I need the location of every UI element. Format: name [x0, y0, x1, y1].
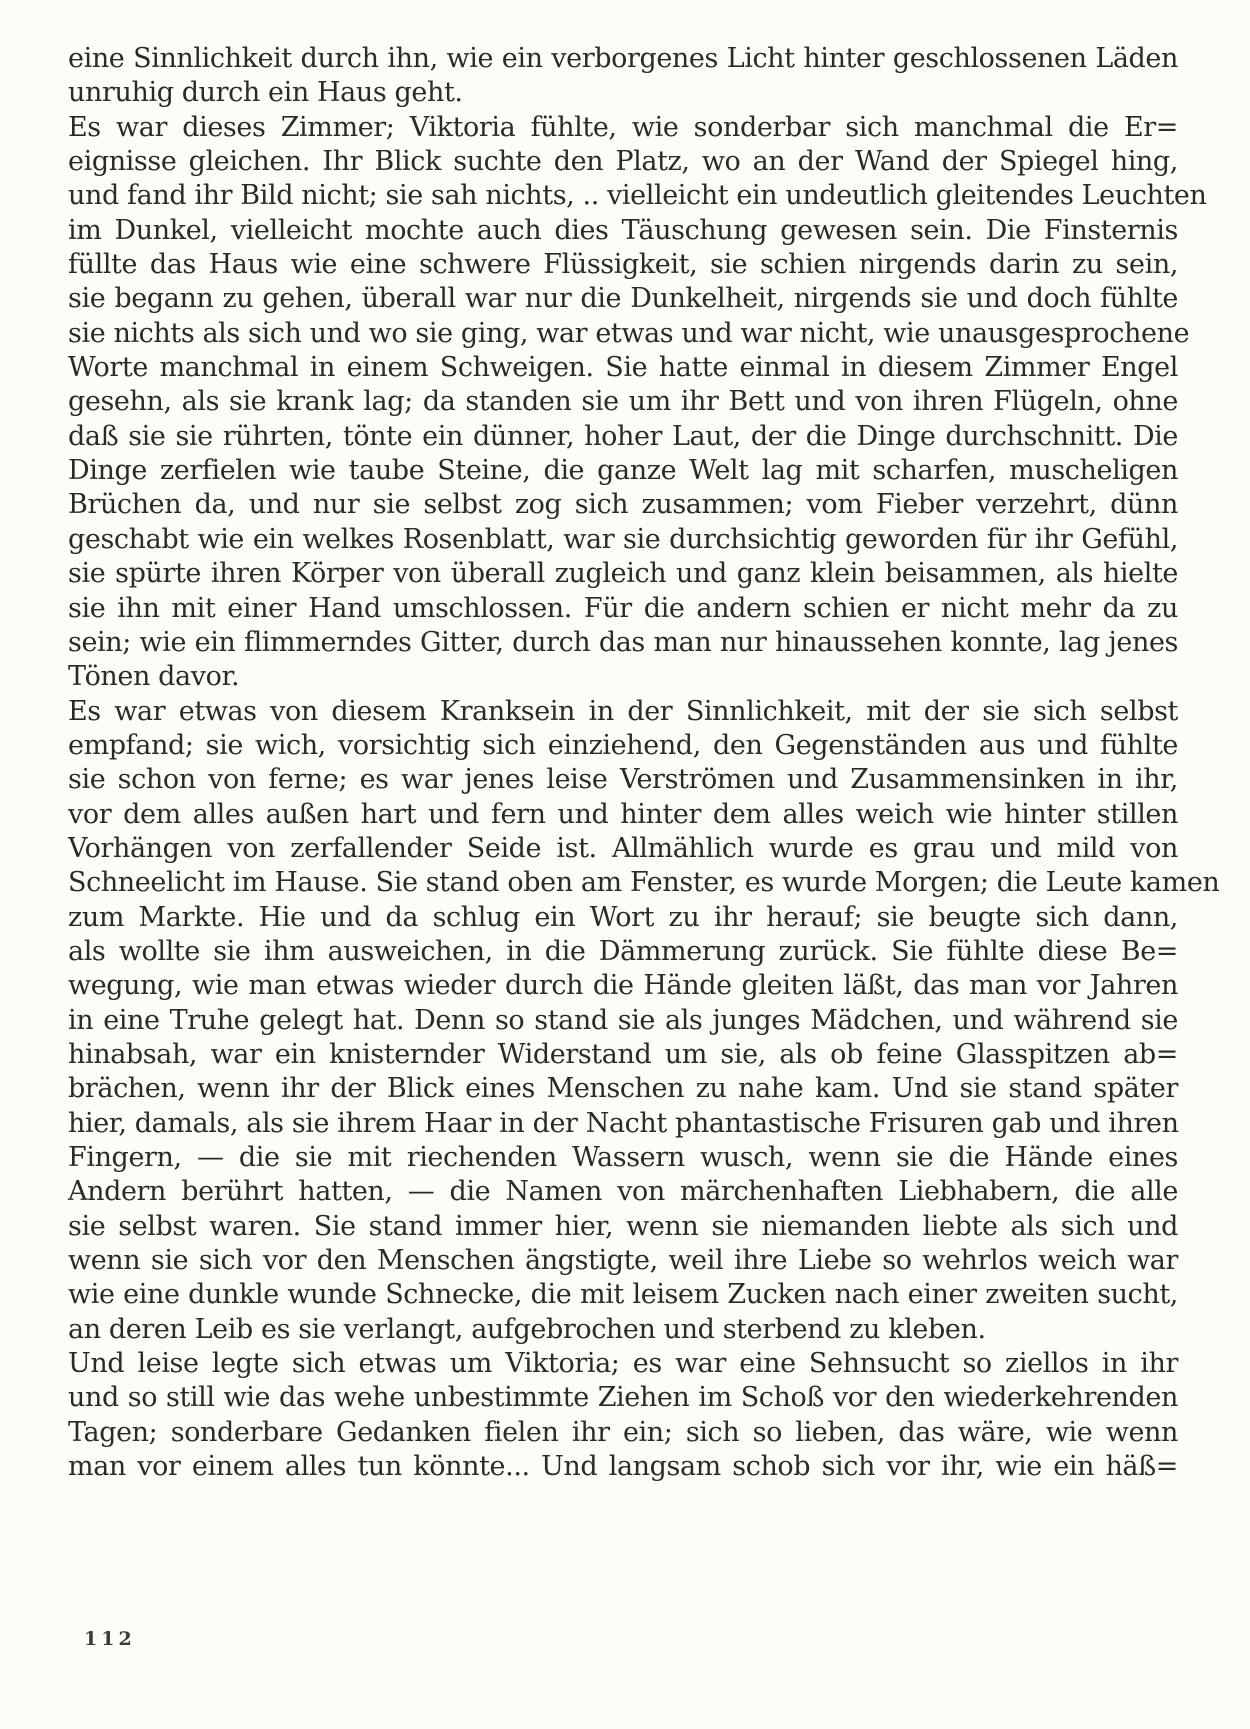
text-line: füllte das Haus wie eine schwere Flüssig…: [68, 248, 1178, 282]
text-line: man vor einem alles tun könnte... Und la…: [68, 1450, 1178, 1484]
text-line: Es war dieses Zimmer; Viktoria fühlte, w…: [68, 111, 1178, 145]
text-line: im Dunkel, vielleicht mochte auch dies T…: [68, 214, 1178, 248]
text-line: Und leise legte sich etwas um Viktoria; …: [68, 1347, 1178, 1381]
paragraph: Es war etwas von diesem Kranksein in der…: [68, 695, 1178, 1348]
text-line: sie schon von ferne; es war jenes leise …: [68, 763, 1178, 797]
text-line: sein; wie ein flimmerndes Gitter, durch …: [68, 626, 1178, 660]
text-line: als wollte sie ihm ausweichen, in die Dä…: [68, 935, 1178, 969]
text-line: empfand; sie wich, vorsichtig sich einzi…: [68, 729, 1178, 763]
text-line: wenn sie sich vor den Menschen ängstigte…: [68, 1244, 1178, 1278]
text-line: Dinge zerfielen wie taube Steine, die ga…: [68, 454, 1178, 488]
text-line: und so still wie das wehe unbestimmte Zi…: [68, 1381, 1178, 1415]
paragraph: eine Sinnlichkeit durch ihn, wie ein ver…: [68, 42, 1178, 111]
text-line: daß sie sie rührten, tönte ein dünner, h…: [68, 420, 1178, 454]
text-line: wie eine dunkle wunde Schnecke, die mit …: [68, 1278, 1178, 1312]
text-line: wegung, wie man etwas wieder durch die H…: [68, 969, 1178, 1003]
text-line: geschabt wie ein welkes Rosenblatt, war …: [68, 523, 1178, 557]
text-line: Vorhängen von zerfallender Seide ist. Al…: [68, 832, 1178, 866]
text-line: eignisse gleichen. Ihr Blick suchte den …: [68, 145, 1178, 179]
text-line: hinabsah, war ein knisternder Widerstand…: [68, 1038, 1178, 1072]
text-line: zum Markte. Hie und da schlug ein Wort z…: [68, 901, 1178, 935]
text-line: an deren Leib es sie verlangt, aufgebroc…: [68, 1313, 1178, 1347]
text-line: sie selbst waren. Sie stand immer hier, …: [68, 1210, 1178, 1244]
paragraph: Und leise legte sich etwas um Viktoria; …: [68, 1347, 1178, 1484]
text-line: Fingern, — die sie mit riechenden Wasser…: [68, 1141, 1178, 1175]
text-line: Tagen; sonderbare Gedanken fielen ihr ei…: [68, 1416, 1178, 1450]
body-text: eine Sinnlichkeit durch ihn, wie ein ver…: [68, 42, 1178, 1484]
text-line: Andern berührt hatten, — die Namen von m…: [68, 1175, 1178, 1209]
text-line: sie ihn mit einer Hand umschlossen. Für …: [68, 592, 1178, 626]
text-line: eine Sinnlichkeit durch ihn, wie ein ver…: [68, 42, 1178, 76]
text-line: hier, damals, als sie ihrem Haar in der …: [68, 1107, 1178, 1141]
text-line: in eine Truhe gelegt hat. Denn so stand …: [68, 1004, 1178, 1038]
page-number: 112: [84, 1628, 136, 1650]
text-line: vor dem alles außen hart und fern und hi…: [68, 798, 1178, 832]
text-line: gesehn, als sie krank lag; da standen si…: [68, 385, 1178, 419]
text-line: Worte manchmal in einem Schweigen. Sie h…: [68, 351, 1178, 385]
text-line: sie begann zu gehen, überall war nur die…: [68, 282, 1178, 316]
text-line: Es war etwas von diesem Kranksein in der…: [68, 695, 1178, 729]
text-line: brächen, wenn ihr der Blick eines Mensch…: [68, 1072, 1178, 1106]
text-line: Tönen davor.: [68, 660, 1178, 694]
text-line: Schneelicht im Hause. Sie stand oben am …: [68, 866, 1178, 900]
text-line: unruhig durch ein Haus geht.: [68, 76, 1178, 110]
paragraph: Es war dieses Zimmer; Viktoria fühlte, w…: [68, 111, 1178, 695]
text-line: Brüchen da, und nur sie selbst zog sich …: [68, 488, 1178, 522]
book-page: eine Sinnlichkeit durch ihn, wie ein ver…: [0, 0, 1250, 1729]
text-line: sie spürte ihren Körper von überall zugl…: [68, 557, 1178, 591]
text-line: und fand ihr Bild nicht; sie sah nichts,…: [68, 179, 1178, 213]
text-line: sie nichts als sich und wo sie ging, war…: [68, 317, 1178, 351]
